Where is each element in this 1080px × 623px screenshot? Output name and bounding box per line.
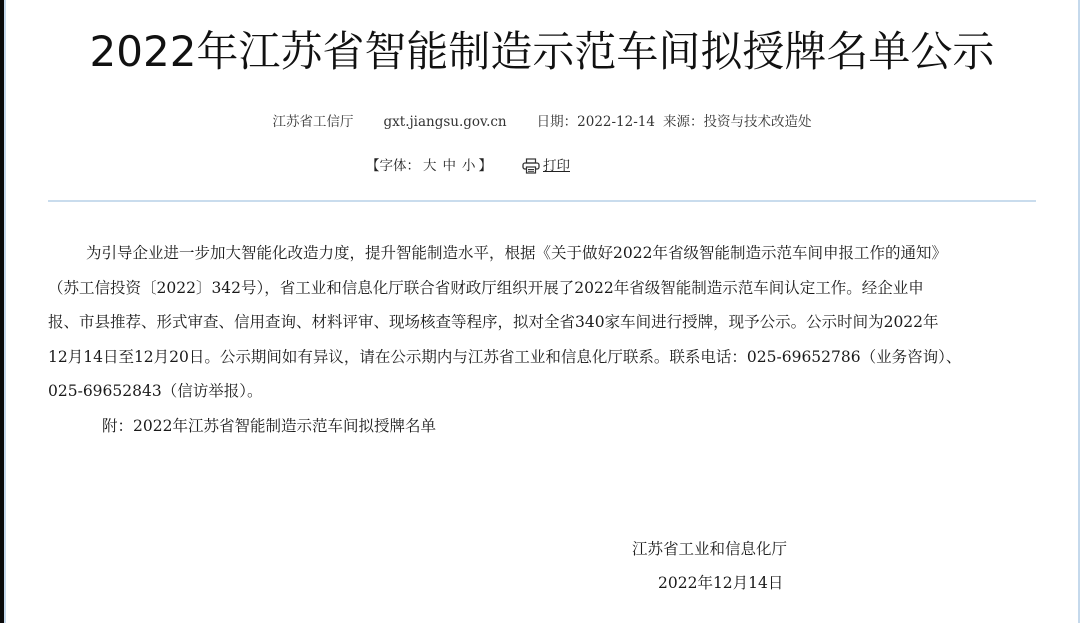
site-url: gxt.jiangsu.gov.cn (384, 112, 507, 132)
font-size-large-button[interactable]: 大 (423, 158, 437, 174)
body-line: 报、市县推荐、形式审查、信用查询、材料评审、现场核查等程序，拟对全省340家车间… (48, 305, 1048, 340)
print-label: 打印 (543, 156, 570, 176)
body-line: 为引导企业进一步加大智能化改造力度，提升智能制造水平，根据《关于做好2022年省… (48, 236, 1048, 271)
print-button[interactable]: 打印 (522, 156, 570, 176)
publish-date: 2022-12-14 (577, 112, 655, 132)
printer-icon (522, 158, 543, 174)
article-body: 为引导企业进一步加大智能化改造力度，提升智能制造水平，根据《关于做好2022年省… (48, 236, 1048, 443)
signature-organization: 江苏省工业和信息化厅 (632, 532, 787, 566)
body-line: 12月14日至12月20日。公示期间如有异议，请在公示期内与江苏省工业和信息化厅… (48, 340, 1048, 375)
font-size-small-button[interactable]: 小 (462, 158, 476, 174)
header-divider (48, 200, 1036, 202)
body-line: （苏工信投资〔2022〕342号），省工业和信息化厅联合省财政厅组织开展了202… (48, 271, 1048, 306)
font-size-control: 【字体：大中小】 (366, 156, 492, 176)
source-department: 投资与技术改造处 (703, 112, 811, 132)
font-size-label: 【字体： (366, 158, 420, 174)
font-size-medium-button[interactable]: 中 (443, 158, 457, 174)
body-line: 025-69652843（信访举报）。 (48, 374, 1048, 409)
date-label: 日期： (537, 112, 578, 132)
font-size-close-bracket: 】 (479, 158, 493, 174)
attachment-link[interactable]: 附：2022年江苏省智能制造示范车间拟授牌名单 (48, 409, 1048, 444)
article-meta: 江苏省工信厅gxt.jiangsu.gov.cn日期：2022-12-14来源：… (6, 112, 1078, 132)
article-page: 2022年江苏省智能制造示范车间拟授牌名单公示 江苏省工信厅gxt.jiangs… (6, 0, 1078, 623)
publisher: 江苏省工信厅 (273, 112, 354, 132)
signature-date: 2022年12月14日 (658, 566, 783, 600)
source-label: 来源： (663, 112, 704, 132)
article-title: 2022年江苏省智能制造示范车间拟授牌名单公示 (6, 22, 1078, 82)
